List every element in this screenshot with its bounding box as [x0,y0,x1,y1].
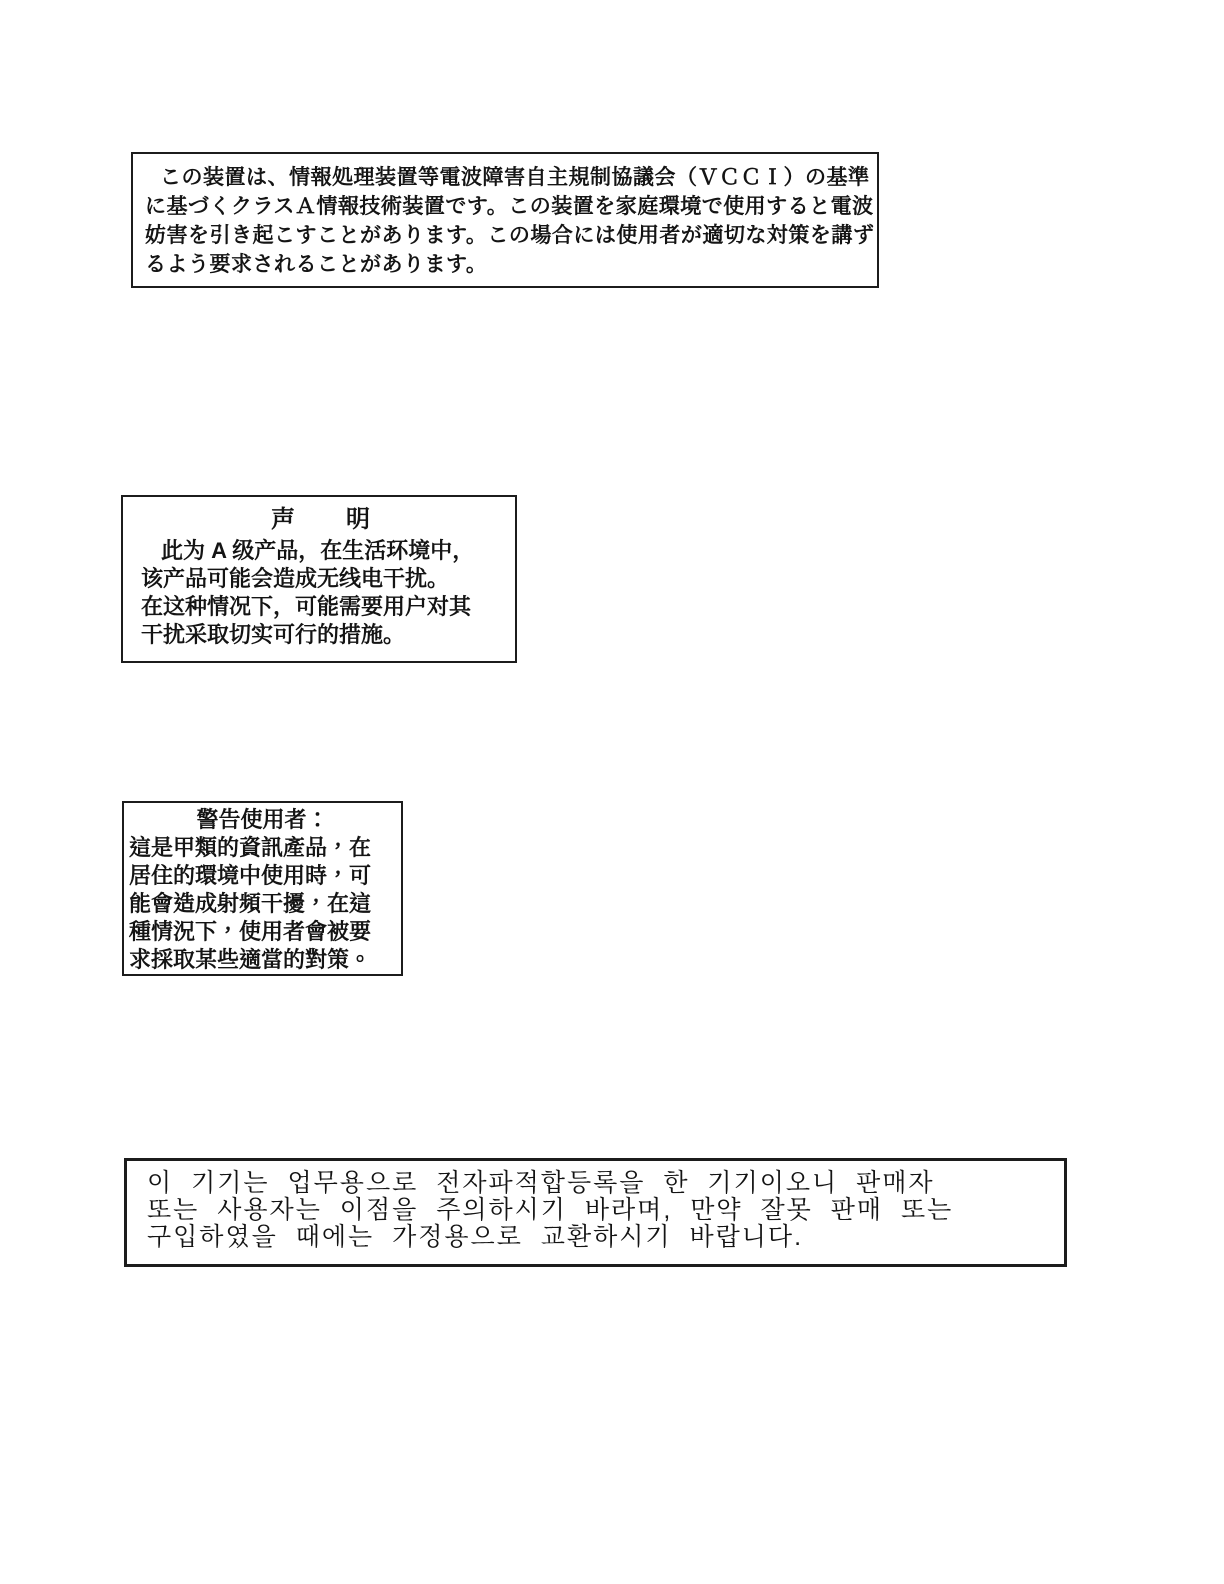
notice-text-line: 這是甲類的資訊產品，在 [129,834,396,862]
notice-text-line: 또는 사용자는 이점을 주의하시기 바라며, 만약 잘못 판매 또는 [147,1197,1046,1224]
notice-text-line: 在这种情况下，可能需要用户对其 [141,593,501,621]
notice-text-line: この装置は、情報処理装置等電波障害自主規制協議会（ＶＣＣＩ）の基準 [145,163,865,192]
notice-text-line: るよう要求されることがあります。 [145,250,865,279]
notice-text-line: 干扰采取切实可行的措施。 [141,621,501,649]
notice-text-line: 種情況下，使用者會被要 [129,918,396,946]
notice-text-line: 此为 A 级产品，在生活环境中， [141,537,501,565]
korea-class-a-notice-box: 이 기기는 업무용으로 전자파적합등록을 한 기기이오니 판매자 또는 사용자는… [124,1158,1067,1267]
manual-page: この装置は、情報処理装置等電波障害自主規制協議会（ＶＣＣＩ）の基準 に基づくクラ… [0,0,1224,1584]
notice-text-line: 妨害を引き起こすことがあります。この場合には使用者が適切な対策を講ず [145,221,865,250]
warning-title: 警告使用者： [129,805,396,834]
taiwan-class-a-warning-box: 警告使用者： 這是甲類的資訊產品，在 居住的環境中使用時，可 能會造成射頻干擾，… [122,801,403,976]
notice-text-line: 能會造成射頻干擾，在這 [129,890,396,918]
notice-text-line: 居住的環境中使用時，可 [129,862,396,890]
china-class-a-statement-box: 声 明 此为 A 级产品，在生活环境中， 该产品可能会造成无线电干扰。 在这种情… [121,495,517,663]
vcci-class-a-notice-box: この装置は、情報処理装置等電波障害自主規制協議会（ＶＣＣＩ）の基準 に基づくクラ… [131,152,879,288]
notice-text-line: 求採取某些適當的對策。 [129,946,396,974]
notice-text-line: 구입하였을 때에는 가정용으로 교환하시기 바랍니다. [147,1224,1046,1251]
statement-title: 声 明 [141,503,501,537]
notice-text-line: 이 기기는 업무용으로 전자파적합등록을 한 기기이오니 판매자 [147,1170,1046,1197]
notice-text-line: に基づくクラスＡ情報技術装置です。この装置を家庭環境で使用すると電波 [145,192,865,221]
notice-text-line: 该产品可能会造成无线电干扰。 [141,565,501,593]
